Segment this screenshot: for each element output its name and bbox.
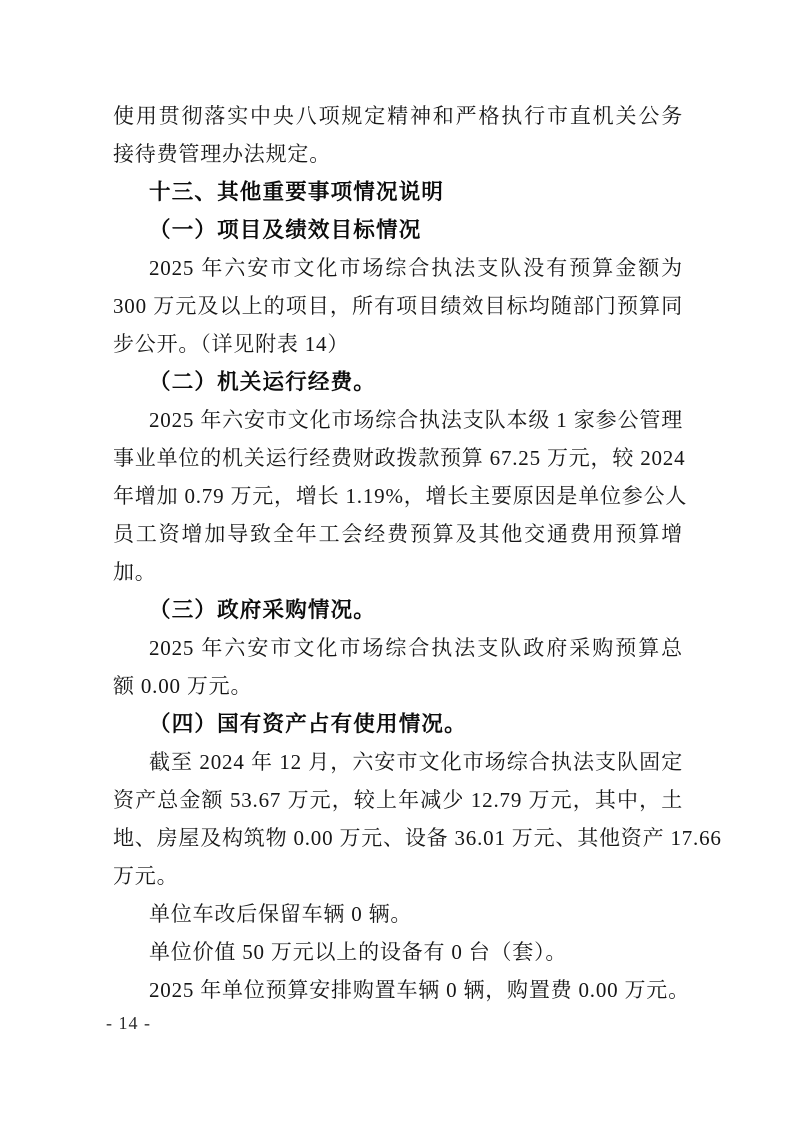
paragraph-line: 员工资增加导致全年工会经费预算及其他交通费用预算增 xyxy=(113,515,683,553)
paragraph-line: 步公开。（详见附表 14） xyxy=(113,325,683,363)
paragraph-line: 单位车改后保留车辆 0 辆。 xyxy=(113,895,683,933)
paragraph-line: 2025 年六安市文化市场综合执法支队本级 1 家参公管理 xyxy=(113,401,683,439)
section-heading: 十三、其他重要事项情况说明 xyxy=(113,173,683,211)
paragraph-line: 使用贯彻落实中央八项规定精神和严格执行市直机关公务 xyxy=(113,97,683,135)
paragraph-line: 2025 年六安市文化市场综合执法支队没有预算金额为 xyxy=(113,249,683,287)
paragraph-line: 加。 xyxy=(113,553,683,591)
document-body: 使用贯彻落实中央八项规定精神和严格执行市直机关公务接待费管理办法规定。十三、其他… xyxy=(113,97,683,1009)
document-page: 使用贯彻落实中央八项规定精神和严格执行市直机关公务接待费管理办法规定。十三、其他… xyxy=(0,0,793,1122)
section-heading: （三）政府采购情况。 xyxy=(113,591,683,629)
paragraph-line: 额 0.00 万元。 xyxy=(113,667,683,705)
paragraph-line: 资产总金额 53.67 万元，较上年减少 12.79 万元，其中，土 xyxy=(113,781,683,819)
paragraph-line: 事业单位的机关运行经费财政拨款预算 67.25 万元，较 2024 xyxy=(113,439,683,477)
section-heading: （四）国有资产占有使用情况。 xyxy=(113,705,683,743)
page-footer: - 14 - xyxy=(106,1013,151,1033)
page-number: - 14 - xyxy=(106,1013,151,1033)
paragraph-line: 地、房屋及构筑物 0.00 万元、设备 36.01 万元、其他资产 17.66 xyxy=(113,819,683,857)
section-heading: （一）项目及绩效目标情况 xyxy=(113,211,683,249)
paragraph-line: 2025 年六安市文化市场综合执法支队政府采购预算总 xyxy=(113,629,683,667)
paragraph-line: 300 万元及以上的项目，所有项目绩效目标均随部门预算同 xyxy=(113,287,683,325)
paragraph-line: 接待费管理办法规定。 xyxy=(113,135,683,173)
section-heading: （二）机关运行经费。 xyxy=(113,363,683,401)
paragraph-line: 2025 年单位预算安排购置车辆 0 辆，购置费 0.00 万元。 xyxy=(113,971,683,1009)
paragraph-line: 截至 2024 年 12 月，六安市文化市场综合执法支队固定 xyxy=(113,743,683,781)
paragraph-line: 单位价值 50 万元以上的设备有 0 台（套）。 xyxy=(113,933,683,971)
paragraph-line: 万元。 xyxy=(113,857,683,895)
paragraph-line: 年增加 0.79 万元，增长 1.19%，增长主要原因是单位参公人 xyxy=(113,477,683,515)
